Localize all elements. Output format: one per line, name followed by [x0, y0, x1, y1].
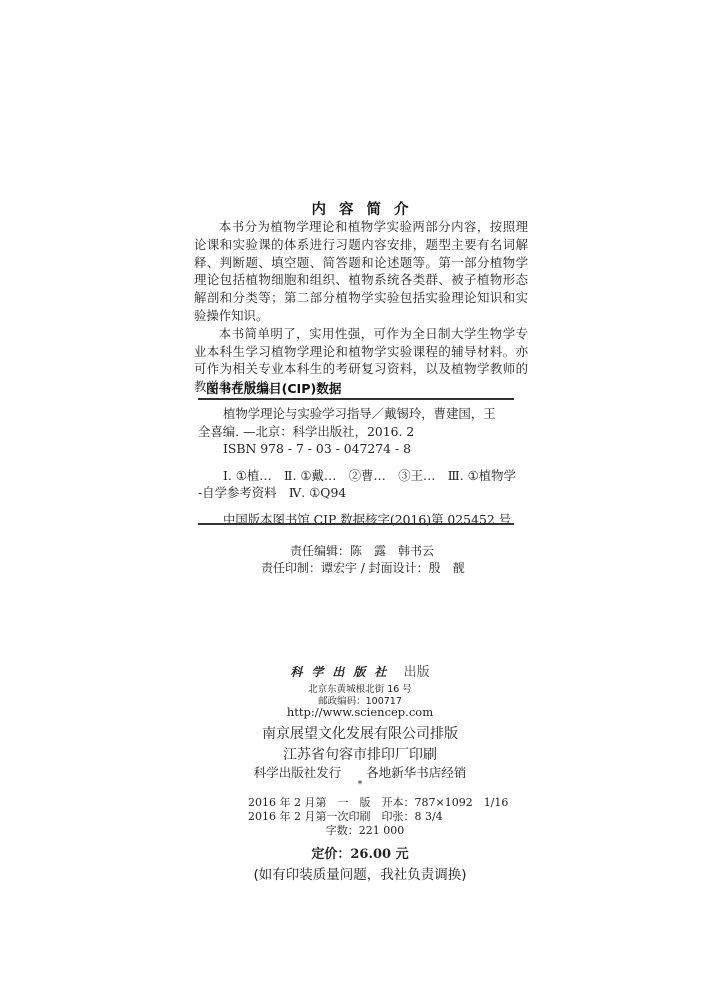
printing-line: 2016 年 2 月第一次印刷 印张：8 3/4: [248, 810, 488, 824]
cip-number: 中国版本图书馆 CIP 数据核字(2016)第 025452 号: [198, 511, 514, 529]
cip-body: 植物学理论与实验学习指导／戴锡玲，曹建国，王 全喜编. —北京：科学出版社，20…: [198, 405, 514, 528]
copyright-page: 内容简介 本书分为植物学理论和植物学实验两部分内容，按照理论课和实验课的体系进行…: [0, 0, 720, 1000]
intro-body: 本书分为植物学理论和植物学实验两部分内容，按照理论课和实验课的体系进行习题内容安…: [194, 218, 528, 396]
quality-notice: (如有印装质量问题，我社负责调换): [0, 863, 720, 883]
cip-subject-line: -自学参考资料 Ⅳ. ①Q94: [198, 484, 514, 502]
word-count: 字数：221 000: [248, 824, 488, 838]
cip-title-line: 植物学理论与实验学习指导／戴锡玲，曹建国，王: [198, 405, 514, 423]
credits: 责任编辑：陈 露 韩书云 责任印制：谭宏宇 / 封面设计：殷 靓: [250, 543, 500, 577]
distributor-line: 科学出版社发行 各地新华书店经销: [0, 763, 720, 781]
cip-isbn: ISBN 978 - 7 - 03 - 047274 - 8: [198, 440, 514, 458]
separator-asterisk: *: [0, 780, 720, 790]
printer-line: 江苏省句容市排印厂印刷: [0, 744, 720, 764]
production-line: 责任印制：谭宏宇 / 封面设计：殷 靓: [250, 560, 500, 577]
cip-subject-line: Ⅰ. ①植… Ⅱ. ①戴… ②曹… ③王… Ⅲ. ①植物学: [198, 467, 514, 485]
intro-title: 内容简介: [0, 198, 720, 219]
cip-heading: 图书在版编目(CIP)数据: [206, 378, 341, 397]
cip-title-line: 全喜编. —北京：科学出版社，2016. 2: [198, 423, 514, 441]
publisher-line: 科学出版社 出版: [0, 661, 720, 680]
typesetter-line: 南京展望文化发展有限公司排版: [0, 723, 720, 743]
edition-line: 2016 年 2 月第 一 版 开本：787×1092 1/16: [248, 796, 488, 810]
editors-line: 责任编辑：陈 露 韩书云: [250, 543, 500, 560]
price: 定价：26.00 元: [0, 843, 720, 862]
cip-top-rule: [198, 398, 514, 400]
publisher-logo: 科学出版社: [290, 665, 395, 679]
print-specs: 2016 年 2 月第 一 版 开本：787×1092 1/16 2016 年 …: [248, 796, 488, 838]
intro-paragraph: 本书分为植物学理论和植物学实验两部分内容，按照理论课和实验课的体系进行习题内容安…: [194, 218, 528, 325]
publisher-suffix: 出版: [404, 665, 430, 680]
publisher-url: http://www.sciencep.com: [0, 705, 720, 719]
cip-bottom-rule: [198, 523, 514, 525]
